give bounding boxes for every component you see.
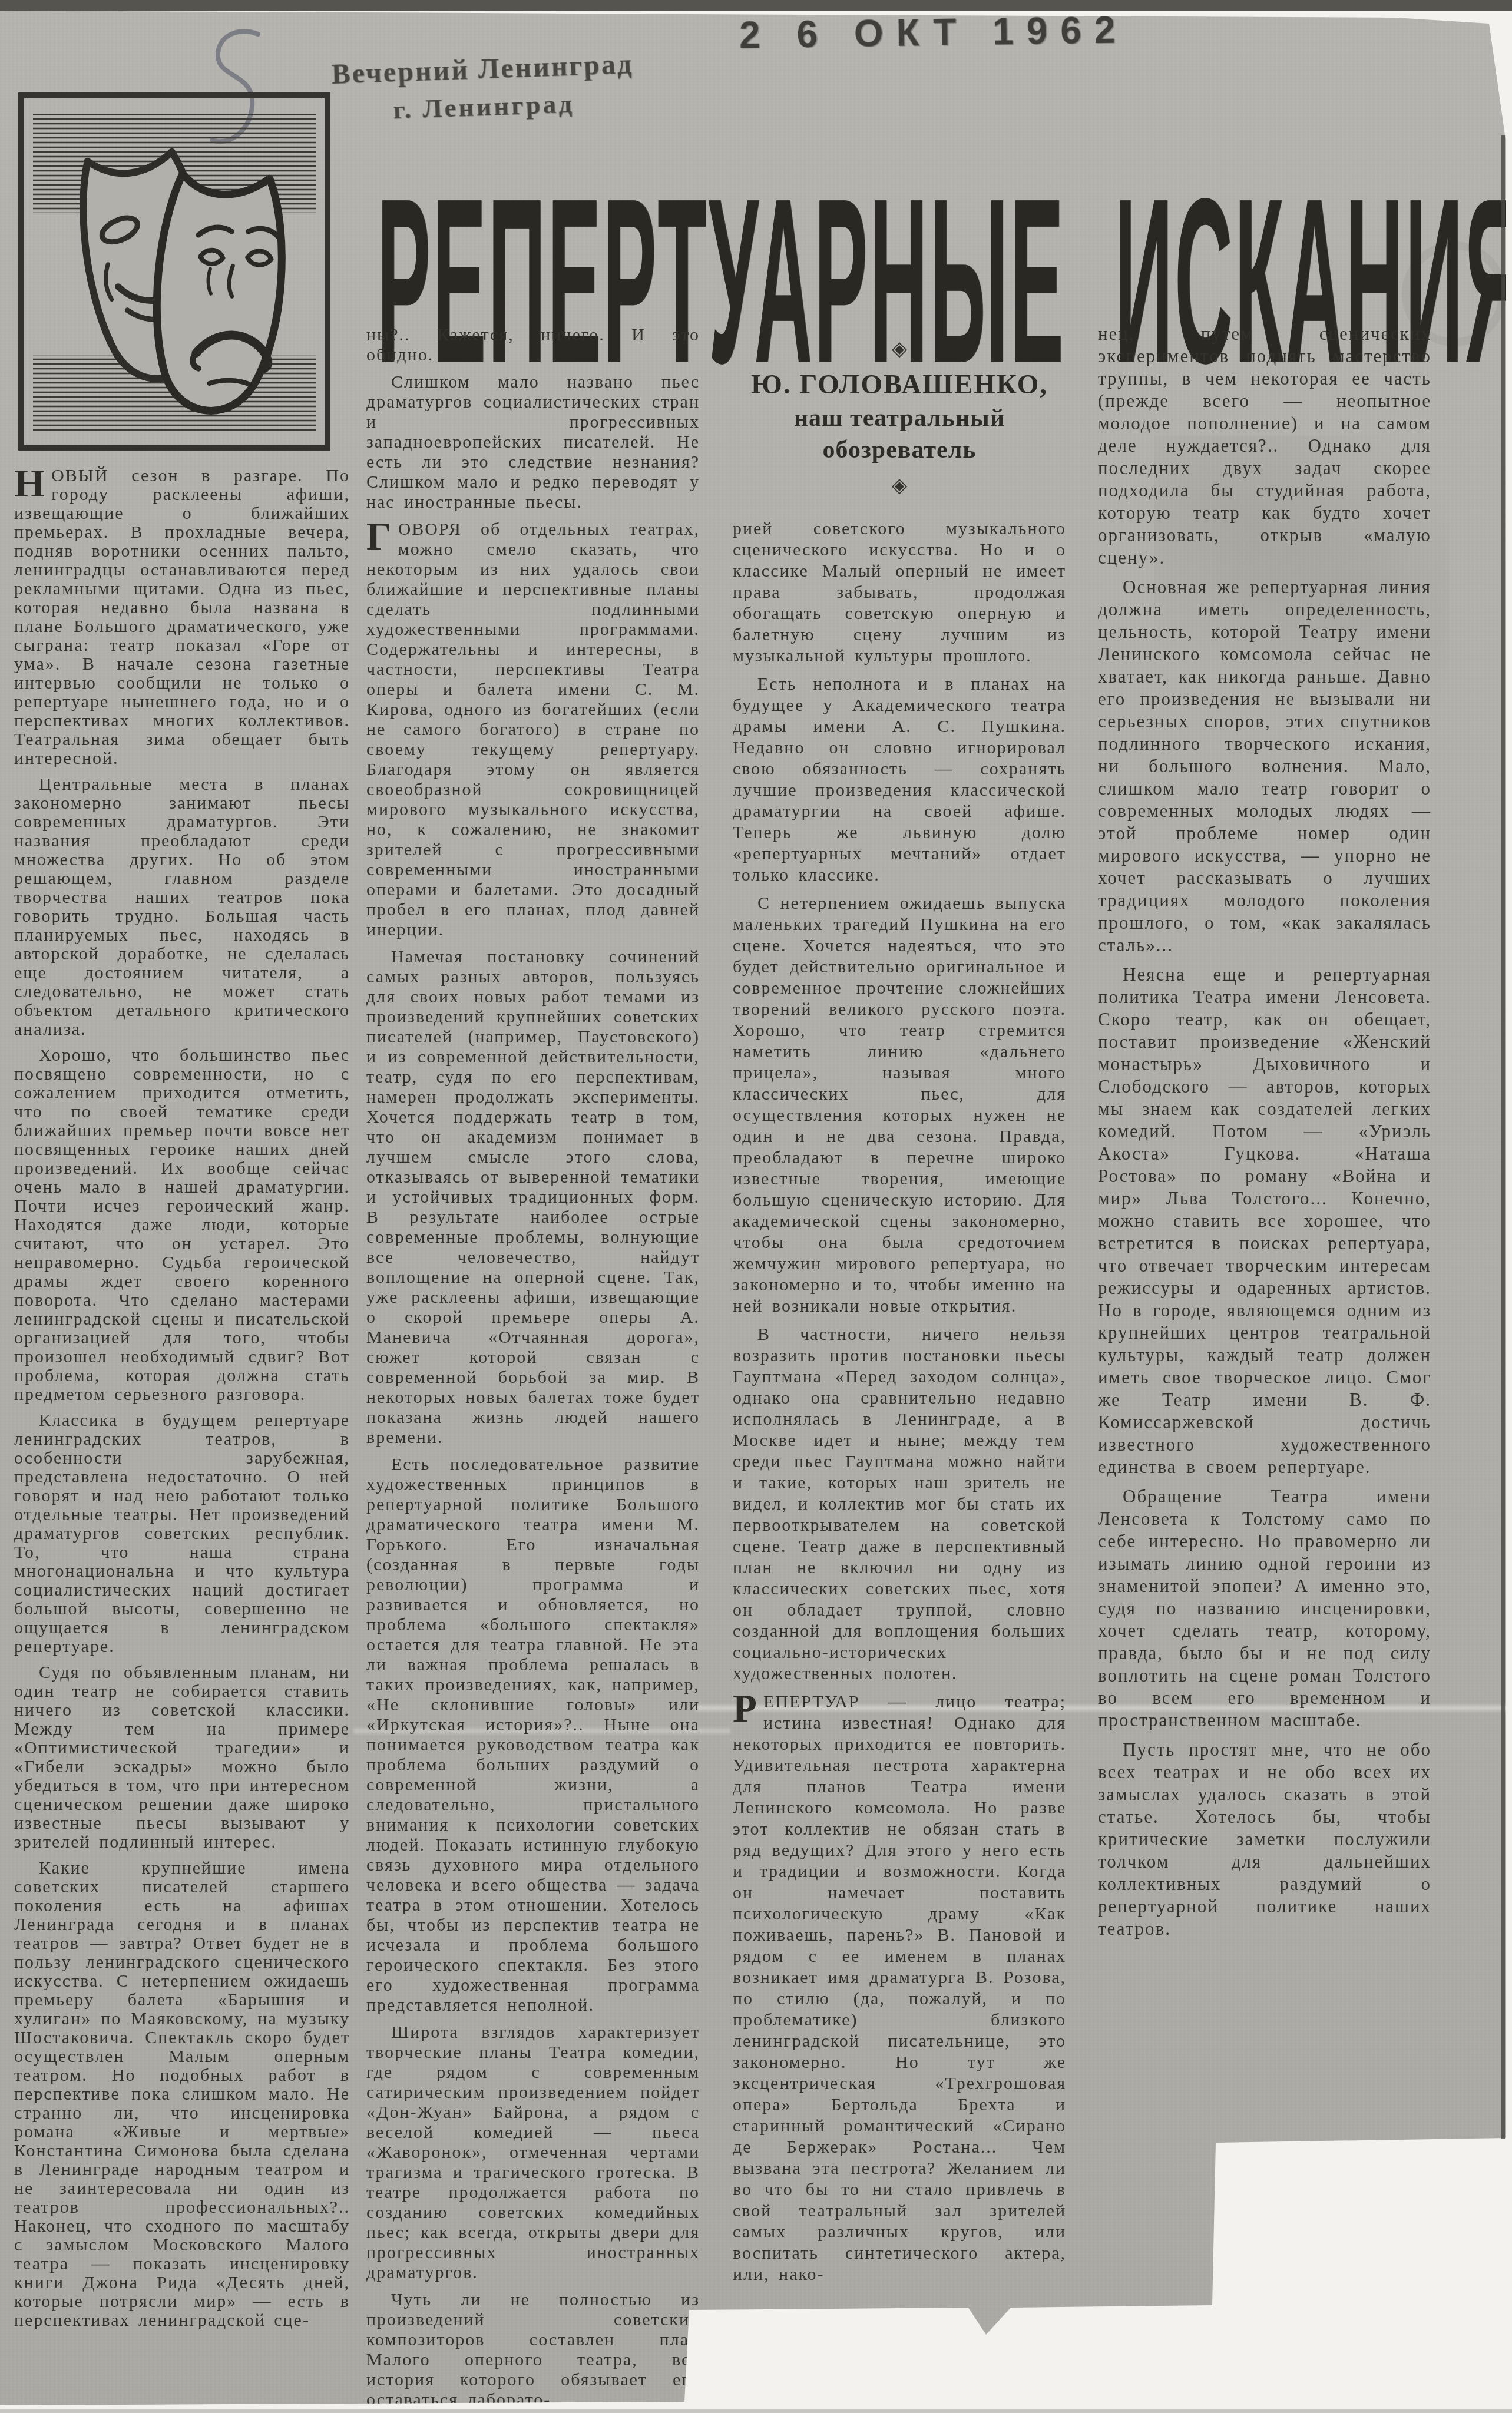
article-paragraph: Чуть ли не полностью из произведений сов… bbox=[366, 2290, 700, 2410]
article-paragraph: Классика в будущем репертуаре ленинградс… bbox=[14, 1411, 350, 1656]
article-paragraph: Широта взглядов характеризует творческие… bbox=[366, 2023, 700, 2283]
byline-block: ◈ Ю. ГОЛОВАШЕНКО, наш театральный обозре… bbox=[733, 339, 1066, 496]
article-paragraph: Основная же репертуарная линия должна им… bbox=[1098, 576, 1431, 956]
article-paragraph: Намечая постановку сочинений самых разны… bbox=[366, 947, 700, 1448]
date-stamp: 2 6 ОКТ 1962 bbox=[739, 8, 1129, 57]
article-paragraph: В частности, ничего нельзя возразить про… bbox=[733, 1324, 1066, 1684]
article-paragraph: Обращение Театра имени Ленсовета к Толст… bbox=[1098, 1485, 1431, 1732]
article-column-3: рией советского музыкального сценическог… bbox=[733, 518, 1066, 2292]
article-paragraph: Судя по объявленным планам, ни один теат… bbox=[14, 1663, 350, 1852]
article-paragraph: Центральные места в планах закономерно з… bbox=[14, 775, 350, 1039]
article-paragraph: С нетерпением ожидаешь выпуска маленьких… bbox=[733, 893, 1066, 1317]
masks-illustration bbox=[15, 88, 333, 456]
stamp-line: г. Ленинград bbox=[318, 85, 649, 128]
article-column-1: НОВЫЙ сезон в разгаре. По городу расклее… bbox=[14, 466, 350, 2337]
article-paragraph: ны?.. Кажется, ничего. И это обидно. bbox=[366, 325, 700, 365]
scan-background: 2 6 ОКТ 1962 Вечерний Ленинград г. Ленин… bbox=[0, 0, 1512, 2413]
comedy-tragedy-masks-icon bbox=[15, 88, 333, 459]
scanner-edge-band bbox=[0, 0, 1512, 11]
diamond-ornament-icon: ◈ bbox=[733, 476, 1066, 496]
article-column-2: ны?.. Кажется, ничего. И это обидно.Слиш… bbox=[366, 325, 700, 2413]
article-paragraph: Неясна еще и репертуарная политика Театр… bbox=[1098, 964, 1431, 1478]
article-column-4: нец, путем сценических экспериментов под… bbox=[1098, 323, 1431, 1947]
article-paragraph: Есть последовательное развитие художеств… bbox=[366, 1455, 700, 2015]
article-paragraph: Какие крупнейшие имена советских писател… bbox=[14, 1859, 350, 2330]
byline-role: обозреватель bbox=[733, 436, 1066, 464]
scanner-edge-band bbox=[0, 2409, 1512, 2413]
byline-author: Ю. ГОЛОВАШЕНКО, bbox=[733, 369, 1066, 400]
article-paragraph: Слишком мало названо пьес драматургов со… bbox=[366, 372, 700, 512]
newspaper-source-stamp: Вечерний Ленинград г. Ленинград bbox=[317, 47, 649, 127]
article-paragraph: НОВЫЙ сезон в разгаре. По городу расклее… bbox=[14, 466, 350, 768]
article-paragraph: Есть неполнота и в планах на будущее у А… bbox=[733, 674, 1066, 886]
article-paragraph: ГОВОРЯ об отдельных театрах, можно смело… bbox=[366, 519, 700, 940]
stamp-line: Вечерний Ленинград bbox=[317, 47, 648, 91]
article-headline: РЕПЕРТУАРНЫЕ ИСКАНИЯ bbox=[377, 147, 1512, 266]
clipping-edge-shadow bbox=[1501, 135, 1505, 2139]
article-paragraph: рией советского музыкального сценическог… bbox=[733, 518, 1066, 667]
article-paragraph: РЕПЕРТУАР — лицо театра; истина известна… bbox=[733, 1692, 1066, 2285]
byline-role: наш театральный bbox=[733, 404, 1066, 432]
article-paragraph: Хорошо, что большинство пьес посвящено с… bbox=[14, 1046, 350, 1404]
article-paragraph: нец, путем сценических экспериментов под… bbox=[1098, 323, 1431, 569]
diamond-ornament-icon: ◈ bbox=[733, 339, 1066, 359]
newspaper-clipping: 2 6 ОКТ 1962 Вечерний Ленинград г. Ленин… bbox=[0, 0, 1512, 2413]
article-paragraph: Пусть простят мне, что не обо всех театр… bbox=[1098, 1739, 1431, 1940]
